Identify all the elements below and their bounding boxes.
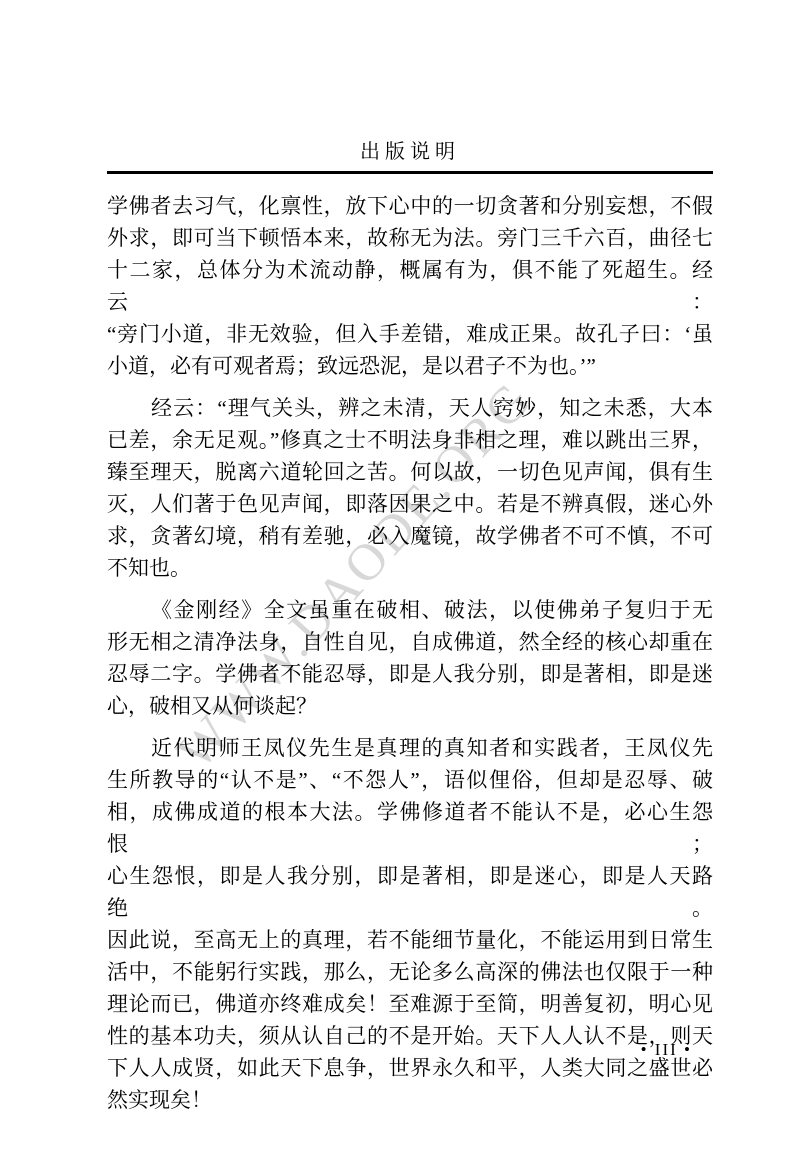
text-line: 理论而已，佛道亦终难成矣！至难源于至简，明善复初，明心见 — [107, 988, 713, 1020]
page-content: 出版说明 学佛者去习气，化禀性，放下心中的一切贪著和分别妄想，不假 外求，即可当… — [107, 140, 713, 1116]
text-line: 近代明师王凤仪先生是真理的真知者和实践者，王凤仪先 — [107, 732, 713, 764]
text-line: 相，成佛成道的根本大法。学佛修道者不能认不是，必心生怨恨； — [107, 796, 713, 860]
text-line: “旁门小道，非无效验，但入手差错，难成正果。故孔子曰：‘虽 — [107, 318, 713, 350]
paragraph: 近代明师王凤仪先生是真理的真知者和实践者，王凤仪先 生所教导的“认不是”、“不怨… — [107, 732, 713, 1116]
text-line: 不知也。 — [107, 552, 713, 584]
text-line: 求，贪著幻境，稍有差驰，必入魔镜，故学佛者不可不慎，不可 — [107, 520, 713, 552]
text-line: 性的基本功夫，须从认自己的不是开始。天下人人认不是，则天 — [107, 1020, 713, 1052]
document-page: WWW.DAODE.ORG 出版说明 学佛者去习气，化禀性，放下心中的一切贪著和… — [0, 0, 794, 1149]
text-line: 臻至理天，脱离六道轮回之苦。何以故，一切色见声闻，俱有生 — [107, 456, 713, 488]
paragraph: 学佛者去习气，化禀性，放下心中的一切贪著和分别妄想，不假 外求，即可当下顿悟本来… — [107, 190, 713, 382]
text-line: 忍辱二字。学佛者不能忍辱，即是人我分别，即是著相，即是迷 — [107, 658, 713, 690]
text-line: 十二家，总体分为术流动静，概属有为，俱不能了死超生。经云： — [107, 254, 713, 318]
text-line: 灭，人们著于色见声闻，即落因果之中。若是不辨真假，迷心外 — [107, 488, 713, 520]
text-line: 然实现矣！ — [107, 1084, 713, 1116]
text-line: 学佛者去习气，化禀性，放下心中的一切贪著和分别妄想，不假 — [107, 190, 713, 222]
text-line: 已差，余无足观。”修真之士不明法身非相之理，难以跳出三界， — [107, 424, 713, 456]
page-title: 出版说明 — [107, 140, 713, 164]
body-text: 学佛者去习气，化禀性，放下心中的一切贪著和分别妄想，不假 外求，即可当下顿悟本来… — [107, 190, 713, 1116]
text-line: 活中，不能躬行实践，那么，无论多么高深的佛法也仅限于一种 — [107, 956, 713, 988]
text-line: 生所教导的“认不是”、“不怨人”，语似俚俗，但却是忍辱、破 — [107, 764, 713, 796]
title-rule — [107, 171, 713, 174]
text-line: 外求，即可当下顿悟本来，故称无为法。旁门三千六百，曲径七 — [107, 222, 713, 254]
text-line: 心生怨恨，即是人我分别，即是著相，即是迷心，即是人天路绝。 — [107, 860, 713, 924]
text-line: 心，破相又从何谈起？ — [107, 690, 713, 722]
text-line: 经云：“理气关头，辨之未清，天人窍妙，知之未悉，大本 — [107, 392, 713, 424]
paragraph: 《金刚经》全文虽重在破相、破法，以使佛弟子复归于无 形无相之清净法身，自性自见，… — [107, 594, 713, 722]
paragraph: 经云：“理气关头，辨之未清，天人窍妙，知之未悉，大本 已差，余无足观。”修真之士… — [107, 392, 713, 584]
text-line: 下人人成贤，如此天下息争，世界永久和平，人类大同之盛世必 — [107, 1052, 713, 1084]
text-line: 因此说，至高无上的真理，若不能细节量化，不能运用到日常生 — [107, 924, 713, 956]
text-line: 《金刚经》全文虽重在破相、破法，以使佛弟子复归于无 — [107, 594, 713, 626]
text-line: 形无相之清净法身，自性自见，自成佛道，然全经的核心却重在 — [107, 626, 713, 658]
page-number: • III • — [641, 1040, 692, 1060]
text-line: 小道，必有可观者焉；致远恐泥，是以君子不为也。’” — [107, 350, 713, 382]
